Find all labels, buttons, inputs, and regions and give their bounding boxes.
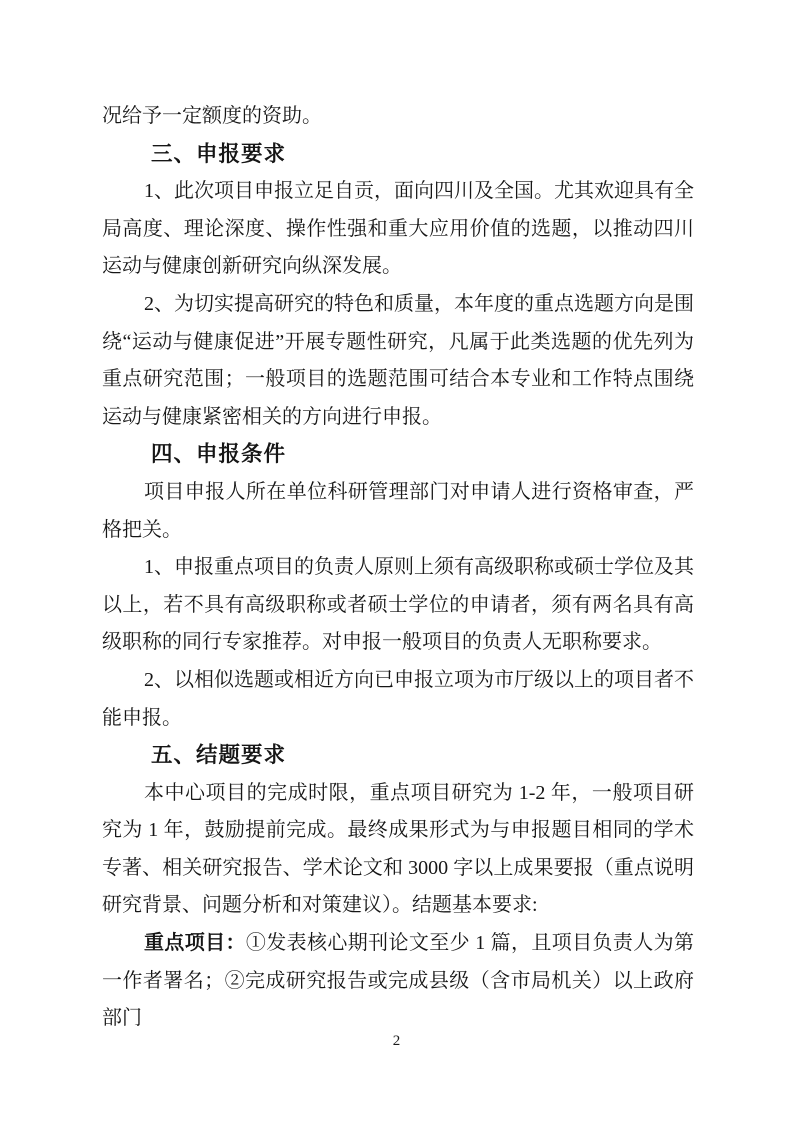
paragraph-condition-1: 1、申报重点项目的负责人原则上须有高级职称或硕士学位及其以上，若不具有高级职称或… — [102, 549, 694, 662]
paragraph-key-project-requirements: 重点项目：①发表核心期刊论文至少 1 篇，且项目负责人为第一作者署名；②完成研究… — [102, 925, 694, 1038]
paragraph-qualification-review: 项目申报人所在单位科研管理部门对申请人进行资格审查，严格把关。 — [102, 474, 694, 549]
paragraph-condition-2: 2、以相似选题或相近方向已申报立项为市厅级以上的项目者不能申报。 — [102, 662, 694, 737]
document-body: 况给予一定额度的资助。 三、申报要求 1、此次项目申报立足自贡，面向四川及全国。… — [102, 98, 694, 1038]
document-page: 况给予一定额度的资助。 三、申报要求 1、此次项目申报立足自贡，面向四川及全国。… — [0, 0, 793, 1122]
paragraph-requirement-1: 1、此次项目申报立足自贡，面向四川及全国。尤其欢迎具有全局高度、理论深度、操作性… — [102, 173, 694, 286]
section-heading-completion-requirements: 五、结题要求 — [102, 737, 694, 775]
section-heading-application-conditions: 四、申报条件 — [102, 436, 694, 474]
key-project-lead-label: 重点项目： — [144, 932, 246, 954]
page-number: 2 — [0, 1033, 793, 1050]
paragraph-continuation: 况给予一定额度的资助。 — [102, 98, 694, 136]
paragraph-completion-terms: 本中心项目的完成时限，重点项目研究为 1-2 年，一般项目研究为 1 年，鼓励提… — [102, 775, 694, 925]
paragraph-requirement-2: 2、为切实提高研究的特色和质量，本年度的重点选题方向是围绕“运动与健康促进”开展… — [102, 286, 694, 436]
section-heading-application-requirements: 三、申报要求 — [102, 136, 694, 174]
